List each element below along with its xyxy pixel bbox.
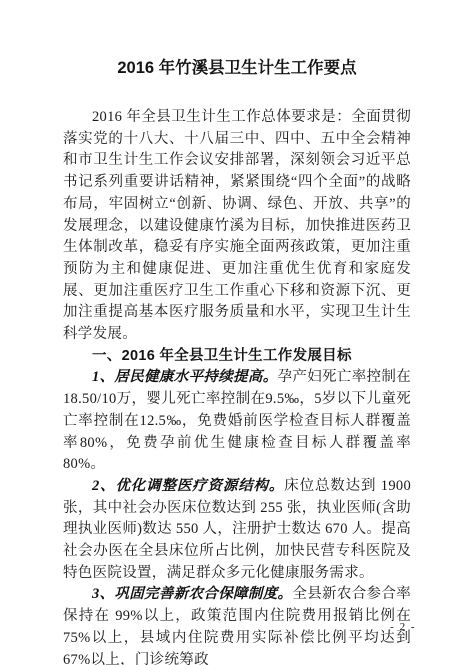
document-title: 2016 年竹溪县卫生计生工作要点 (63, 56, 411, 80)
section-heading: 一、2016 年全县卫生计生工作发展目标 (63, 346, 411, 368)
item-2-paragraph: 2、优化调整医疗资源结构。床位总数达到 1900 张，其中社会办医床位数达到 2… (63, 476, 411, 585)
item-1-paragraph: 1、居民健康水平持续提高。孕产妇死亡率控制在18.50/10万，婴儿死亡率控制在… (63, 367, 411, 476)
intro-paragraph: 2016 年全县卫生计生工作总体要求是：全面贯彻落实党的十八大、十八届三中、四中… (63, 107, 411, 346)
item-1-lead: 1、居民健康水平持续提高。 (92, 369, 278, 385)
item-3-lead: 3、巩固完善新农合保障制度。 (92, 586, 292, 602)
item-2-lead: 2、优化调整医疗资源结构。 (92, 478, 284, 494)
page-number: - 2 - (390, 621, 416, 633)
item-3-paragraph: 3、巩固完善新农合保障制度。全县新农合参合率保持在 99%以上，政策范围内住院费… (63, 584, 411, 665)
document-content: 2016 年竹溪县卫生计生工作要点 2016 年全县卫生计生工作总体要求是：全面… (63, 56, 411, 665)
document-page: 2016 年竹溪县卫生计生工作要点 2016 年全县卫生计生工作总体要求是：全面… (0, 0, 470, 665)
